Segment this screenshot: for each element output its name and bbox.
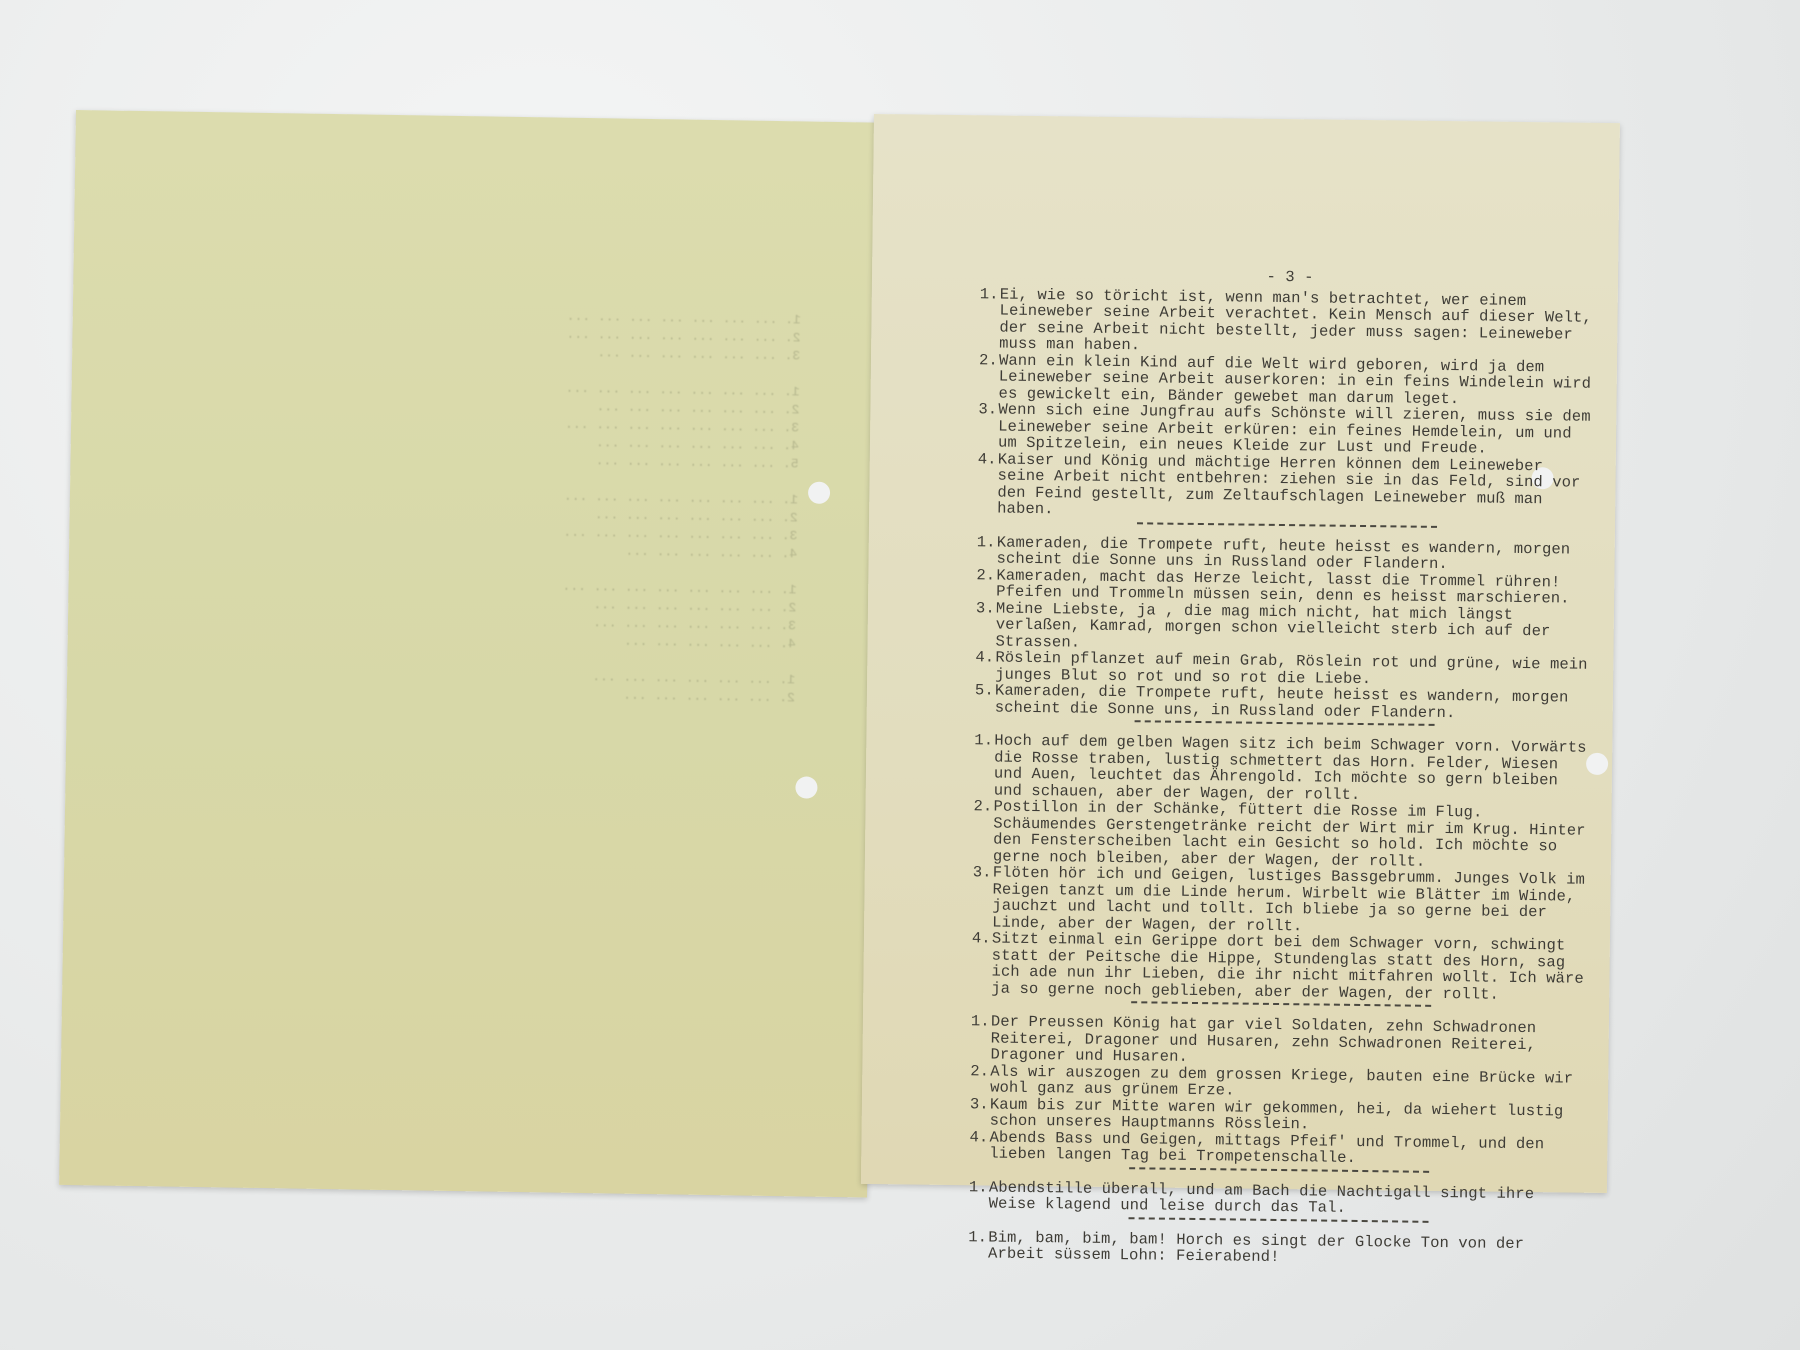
stanza-text: Flöten hör ich und Geigen, lustiges Bass… <box>992 865 1593 938</box>
song-list: 1.Ei, wie so töricht ist, wenn man's bet… <box>968 286 1600 1270</box>
punch-hole <box>808 482 830 504</box>
stanza-text: Sitzt einmal ein Gerippe dort bei dem Sc… <box>991 931 1592 1004</box>
stanza: 2.Postillon in der Schänke, füttert die … <box>973 798 1594 872</box>
stanza: 1.Der Preussen König hat gar viel Soldat… <box>970 1013 1591 1070</box>
stanza-number: 3. <box>972 864 993 930</box>
stanza-number: 2. <box>970 1063 990 1096</box>
song: 1.Kameraden, die Trompete ruft, heute he… <box>975 534 1597 723</box>
stanza-number: 1. <box>969 1179 989 1212</box>
stanza-text: Kaiser und König und mächtige Herren kön… <box>997 451 1598 524</box>
stanza: 2.Wann ein klein Kind auf die Welt wird … <box>978 352 1599 409</box>
stanza-number: 1. <box>979 286 1000 352</box>
stanza: 3.Wenn sich eine Jungfrau aufs Schönste … <box>978 401 1599 458</box>
stanza: 4.Sitzt einmal ein Gerippe dort bei dem … <box>971 930 1592 1004</box>
stanza-number: 4. <box>975 649 995 682</box>
stanza-number: 1. <box>970 1013 991 1063</box>
stanza-text: Abends Bass und Geigen, mittags Pfeif' u… <box>989 1129 1589 1169</box>
stanza-text: Wann ein klein Kind auf die Welt wird ge… <box>998 352 1599 409</box>
stanza-number: 3. <box>975 600 996 650</box>
stanza: 3.Meine Liebste, ja , die mag mich nicht… <box>975 600 1596 657</box>
song: 1.Bim, bam, bim, bam! Horch es singt der… <box>968 1229 1588 1270</box>
typed-song-sheet: - 3 - 1.Ei, wie so töricht ist, wenn man… <box>968 265 1600 1269</box>
stanza: 4.Abends Bass und Geigen, mittags Pfeif'… <box>969 1129 1589 1170</box>
stanza-text: Bim, bam, bim, bam! Horch es singt der G… <box>988 1229 1588 1269</box>
stanza-number: 1. <box>976 534 996 567</box>
stanza: 1.Bim, bam, bim, bam! Horch es singt der… <box>968 1229 1588 1270</box>
stanza: 1.Ei, wie so töricht ist, wenn man's bet… <box>979 286 1600 360</box>
stanza: 3.Flöten hör ich und Geigen, lustiges Ba… <box>972 864 1593 938</box>
dashed-divider <box>1129 1167 1429 1173</box>
stanza-number: 1. <box>974 732 995 798</box>
left-sheet-reverse-side: 1. ... ... ... ... ... ... ... 2. ... ..… <box>59 110 884 1198</box>
stanza-number: 3. <box>978 401 999 451</box>
dashed-divider <box>1131 1001 1431 1007</box>
song: 1.Der Preussen König hat gar viel Soldat… <box>969 1013 1591 1169</box>
stanza-text: Hoch auf dem gelben Wagen sitz ich beim … <box>994 733 1595 806</box>
stanza-number: 2. <box>976 567 996 600</box>
stanza-text: Der Preussen König hat gar viel Soldaten… <box>990 1013 1591 1070</box>
stanza: 1.Abendstille überall, und am Bach die N… <box>969 1179 1589 1220</box>
stanza: 1.Hoch auf dem gelben Wagen sitz ich bei… <box>974 732 1595 806</box>
stanza-number: 2. <box>973 798 994 864</box>
song: 1.Abendstille überall, und am Bach die N… <box>969 1179 1589 1220</box>
stanza: 4.Kaiser und König und mächtige Herren k… <box>977 451 1598 525</box>
dashed-divider <box>1135 720 1435 726</box>
song: 1.Hoch auf dem gelben Wagen sitz ich bei… <box>971 732 1594 1004</box>
song: 1.Ei, wie so töricht ist, wenn man's bet… <box>977 286 1600 525</box>
stanza-number: 5. <box>975 682 995 715</box>
right-sheet-page-3: - 3 - 1.Ei, wie so töricht ist, wenn man… <box>861 114 1620 1193</box>
stanza-number: 4. <box>977 451 998 517</box>
stanza-number: 3. <box>970 1096 990 1129</box>
stanza-text: Abendstille überall, und am Bach die Nac… <box>989 1179 1589 1219</box>
stanza-number: 1. <box>968 1229 988 1262</box>
dashed-divider <box>1137 522 1437 528</box>
stanza-text: Meine Liebste, ja , die mag mich nicht, … <box>995 600 1596 657</box>
punch-hole <box>795 776 817 798</box>
stanza: 5.Kameraden, die Trompete ruft, heute he… <box>975 682 1595 723</box>
stanza-number: 4. <box>971 930 992 996</box>
bleed-through-text: 1. ... ... ... ... ... ... ... 2. ... ..… <box>157 301 801 707</box>
stanza-text: Wenn sich eine Jungfrau aufs Schönste wi… <box>998 402 1599 459</box>
stanza-text: Kameraden, die Trompete ruft, heute heis… <box>995 683 1595 723</box>
stanza-number: 4. <box>969 1129 989 1162</box>
dashed-divider <box>1129 1217 1429 1223</box>
stanza-number: 2. <box>978 352 999 402</box>
stanza-text: Postillon in der Schänke, füttert die Ro… <box>993 799 1594 872</box>
stanza-text: Ei, wie so töricht ist, wenn man's betra… <box>999 286 1600 359</box>
